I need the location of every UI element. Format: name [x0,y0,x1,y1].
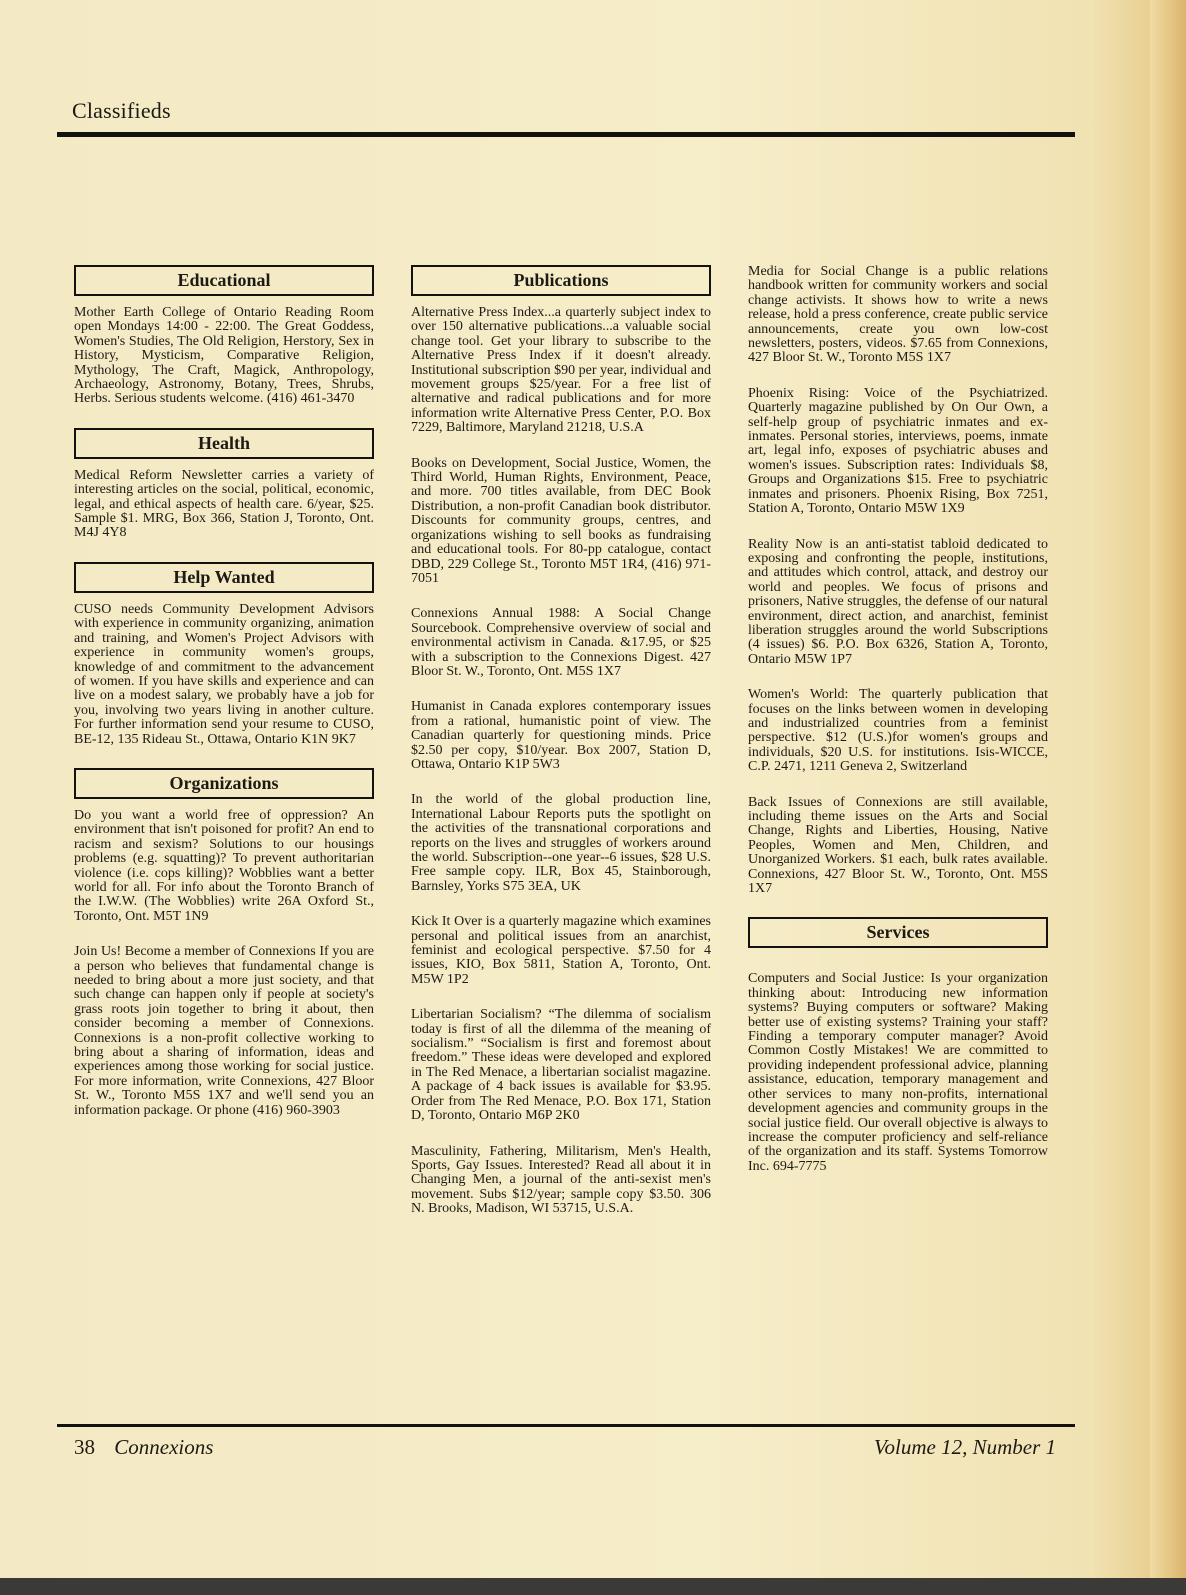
magazine-page: Classifieds Educational Mother Earth Col… [0,0,1186,1595]
page-edge-shadow [1150,0,1186,1580]
classified-entry: Books on Development, Social Justice, Wo… [411,457,711,587]
section-heading-publications: Publications [411,265,711,296]
issue-info: Volume 12, Number 1 [874,1435,1056,1460]
classified-entry: Kick It Over is a quarterly magazine whi… [411,915,711,987]
classified-entry: Masculinity, Fathering, Militarism, Men'… [411,1145,711,1217]
footer-folio: 38 Connexions [74,1435,213,1460]
page-number: 38 [74,1435,95,1459]
classified-entry: Women's World: The quarterly publication… [748,688,1048,774]
classified-entry: Join Us! Become a member of Connexions I… [74,945,374,1118]
classified-entry: Computers and Social Justice: Is your or… [748,972,1048,1174]
magazine-name: Connexions [114,1435,213,1459]
classified-entry: Humanist in Canada explores contemporary… [411,700,711,772]
classified-entry: Phoenix Rising: Voice of the Psychiatriz… [748,387,1048,517]
section-heading-help-wanted: Help Wanted [74,562,374,593]
column-1: Educational Mother Earth College of Onta… [74,265,374,1139]
column-2: Publications Alternative Press Index...a… [411,265,711,1238]
classified-entry: In the world of the global production li… [411,793,711,894]
section-heading-educational: Educational [74,265,374,296]
running-head: Classifieds [72,98,171,124]
classified-entry: Media for Social Change is a public rela… [748,265,1048,366]
classified-entry: Libertarian Socialism? “The dilemma of s… [411,1008,711,1123]
section-heading-services: Services [748,917,1048,948]
classified-entry: Alternative Press Index...a quarterly su… [411,306,711,436]
classified-entry: CUSO needs Community Development Advisor… [74,603,374,747]
classified-entry: Medical Reform Newsletter carries a vari… [74,469,374,541]
classified-entry: Back Issues of Connexions are still avai… [748,796,1048,897]
scan-bottom-edge [0,1578,1186,1595]
bottom-rule [57,1424,1075,1427]
top-rule [57,132,1075,137]
column-3: Media for Social Change is a public rela… [748,265,1048,1195]
classified-entry: Connexions Annual 1988: A Social Change … [411,607,711,679]
section-heading-organizations: Organizations [74,768,374,799]
classified-entry: Reality Now is an anti-statist tabloid d… [748,538,1048,668]
classified-entry: Do you want a world free of oppression? … [74,809,374,924]
classified-entry: Mother Earth College of Ontario Reading … [74,306,374,407]
section-heading-health: Health [74,428,374,459]
